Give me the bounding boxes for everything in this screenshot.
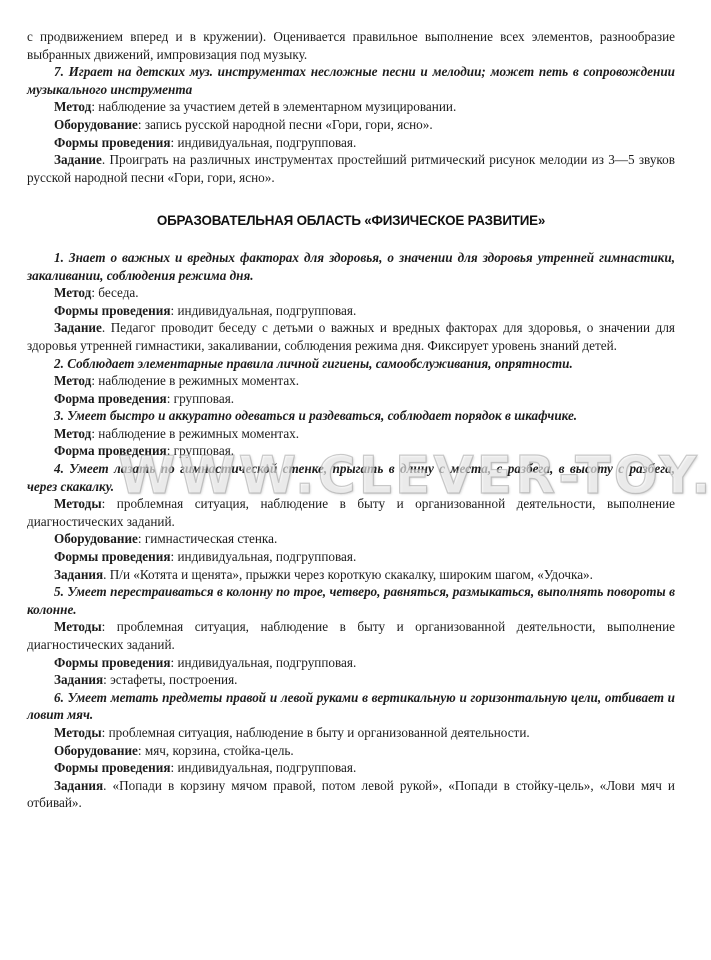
- field-row: Метод: наблюдение за участием детей в эл…: [27, 98, 675, 116]
- field-value: . «Попади в корзину мячом правой, потом …: [27, 778, 675, 811]
- field-row: Задания. «Попади в корзину мячом правой,…: [27, 777, 675, 812]
- field-value: : запись русской народной песни «Гори, г…: [138, 117, 433, 132]
- criterion-fields: Метод: наблюдение в режимных моментах.Фо…: [27, 425, 675, 460]
- field-row: Оборудование: мяч, корзина, стойка-цель.: [27, 742, 675, 760]
- field-label: Задания: [54, 567, 103, 582]
- field-label: Формы проведения: [54, 760, 171, 775]
- criterion-fields: Методы: проблемная ситуация, наблюдение …: [27, 724, 675, 812]
- field-label: Метод: [54, 285, 91, 300]
- criterion-item-2: 2. Соблюдает элементарные правила личной…: [27, 355, 675, 408]
- field-value: : проблемная ситуация, наблюдение в быту…: [102, 725, 530, 740]
- field-label: Задание: [54, 152, 102, 167]
- field-label: Форма проведения: [54, 391, 167, 406]
- field-row: Задания: эстафеты, построения.: [27, 671, 675, 689]
- field-row: Метод: наблюдение в режимных моментах.: [27, 372, 675, 390]
- field-value: : индивидуальная, подгрупповая.: [171, 135, 357, 150]
- field-value: : индивидуальная, подгрупповая.: [171, 549, 357, 564]
- field-label: Оборудование: [54, 117, 138, 132]
- field-label: Методы: [54, 619, 102, 634]
- field-value: : наблюдение за участием детей в элемент…: [91, 99, 456, 114]
- field-row: Метод: беседа.: [27, 284, 675, 302]
- criterion-item-5: 5. Умеет перестраиваться в колонну по тр…: [27, 583, 675, 689]
- field-row: Формы проведения: индивидуальная, подгру…: [27, 302, 675, 320]
- field-row: Задание. Педагог проводит беседу с детьм…: [27, 319, 675, 354]
- field-value: : групповая.: [167, 391, 234, 406]
- field-label: Метод: [54, 426, 91, 441]
- field-label: Задания: [54, 778, 103, 793]
- field-value: : проблемная ситуация, наблюдение в быту…: [27, 619, 675, 652]
- field-value: : мяч, корзина, стойка-цель.: [138, 743, 294, 758]
- field-label: Задание: [54, 320, 102, 335]
- criterion-item-1: 1. Знает о важных и вредных факторах для…: [27, 249, 675, 355]
- field-value: . Проиграть на различных инструментах пр…: [27, 152, 675, 185]
- field-value: : индивидуальная, подгрупповая.: [171, 760, 357, 775]
- field-label: Оборудование: [54, 743, 138, 758]
- criterion-fields: Методы: проблемная ситуация, наблюдение …: [27, 618, 675, 688]
- criterion-title: 5. Умеет перестраиваться в колонну по тр…: [27, 583, 675, 618]
- field-value: : наблюдение в режимных моментах.: [91, 373, 299, 388]
- field-value: . П/и «Котята и щенята», прыжки через ко…: [103, 567, 593, 582]
- field-row: Методы: проблемная ситуация, наблюдение …: [27, 618, 675, 653]
- criterion-item-3: 3. Умеет быстро и аккуратно одеваться и …: [27, 407, 675, 460]
- criterion-music-7: 7. Играет на детских муз. инструментах н…: [27, 63, 675, 98]
- field-label: Формы проведения: [54, 303, 171, 318]
- field-row: Оборудование: гимнастическая стенка.: [27, 530, 675, 548]
- criterion-fields: Методы: проблемная ситуация, наблюдение …: [27, 495, 675, 583]
- field-value: : индивидуальная, подгрупповая.: [171, 303, 357, 318]
- section-heading: ОБРАЗОВАТЕЛЬНАЯ ОБЛАСТЬ «ФИЗИЧЕСКОЕ РАЗВ…: [27, 212, 675, 230]
- criterion-title: 1. Знает о важных и вредных факторах для…: [27, 249, 675, 284]
- criterion-fields: Метод: беседа.Формы проведения: индивиду…: [27, 284, 675, 354]
- criterion-title: 2. Соблюдает элементарные правила личной…: [27, 355, 675, 373]
- field-value: : индивидуальная, подгрупповая.: [171, 655, 357, 670]
- field-row: Формы проведения: индивидуальная, подгру…: [27, 759, 675, 777]
- criterion-item-6: 6. Умеет метать предметы правой и левой …: [27, 689, 675, 812]
- field-row: Формы проведения: индивидуальная, подгру…: [27, 654, 675, 672]
- criterion-fields: Метод: наблюдение в режимных моментах.Фо…: [27, 372, 675, 407]
- field-row: Задание. Проиграть на различных инструме…: [27, 151, 675, 186]
- field-label: Оборудование: [54, 531, 138, 546]
- criterion-title: 4. Умеет лазать по гимнастической стенке…: [27, 460, 675, 495]
- criterion-title: 3. Умеет быстро и аккуратно одеваться и …: [27, 407, 675, 425]
- field-label: Формы проведения: [54, 549, 171, 564]
- music-item-7: 7. Играет на детских муз. инструментах н…: [27, 63, 675, 186]
- field-value: : гимнастическая стенка.: [138, 531, 277, 546]
- field-row: Формы проведения: индивидуальная, подгру…: [27, 548, 675, 566]
- field-row: Формы проведения: индивидуальная, подгру…: [27, 134, 675, 152]
- field-label: Метод: [54, 373, 91, 388]
- intro-continuation: с продвижением вперед и в кружении). Оце…: [27, 28, 675, 63]
- field-label: Методы: [54, 725, 102, 740]
- field-label: Форма проведения: [54, 443, 167, 458]
- field-row: Метод: наблюдение в режимных моментах.: [27, 425, 675, 443]
- field-label: Метод: [54, 99, 91, 114]
- document-page: с продвижением вперед и в кружении). Оце…: [27, 28, 675, 812]
- field-label: Формы проведения: [54, 655, 171, 670]
- field-label: Задания: [54, 672, 103, 687]
- field-row: Форма проведения: групповая.: [27, 442, 675, 460]
- field-value: : проблемная ситуация, наблюдение в быту…: [27, 496, 675, 529]
- field-value: : эстафеты, построения.: [103, 672, 237, 687]
- field-row: Методы: проблемная ситуация, наблюдение …: [27, 495, 675, 530]
- field-value: : беседа.: [91, 285, 138, 300]
- field-label: Формы проведения: [54, 135, 171, 150]
- field-row: Оборудование: запись русской народной пе…: [27, 116, 675, 134]
- physical-items: 1. Знает о важных и вредных факторах для…: [27, 249, 675, 812]
- field-value: : наблюдение в режимных моментах.: [91, 426, 299, 441]
- field-label: Методы: [54, 496, 102, 511]
- field-row: Задания. П/и «Котята и щенята», прыжки ч…: [27, 566, 675, 584]
- criterion-item-4: 4. Умеет лазать по гимнастической стенке…: [27, 460, 675, 583]
- field-row: Методы: проблемная ситуация, наблюдение …: [27, 724, 675, 742]
- field-value: : групповая.: [167, 443, 234, 458]
- criterion-title: 6. Умеет метать предметы правой и левой …: [27, 689, 675, 724]
- field-row: Форма проведения: групповая.: [27, 390, 675, 408]
- field-value: . Педагог проводит беседу с детьми о важ…: [27, 320, 675, 353]
- music-item-7-fields: Метод: наблюдение за участием детей в эл…: [27, 98, 675, 186]
